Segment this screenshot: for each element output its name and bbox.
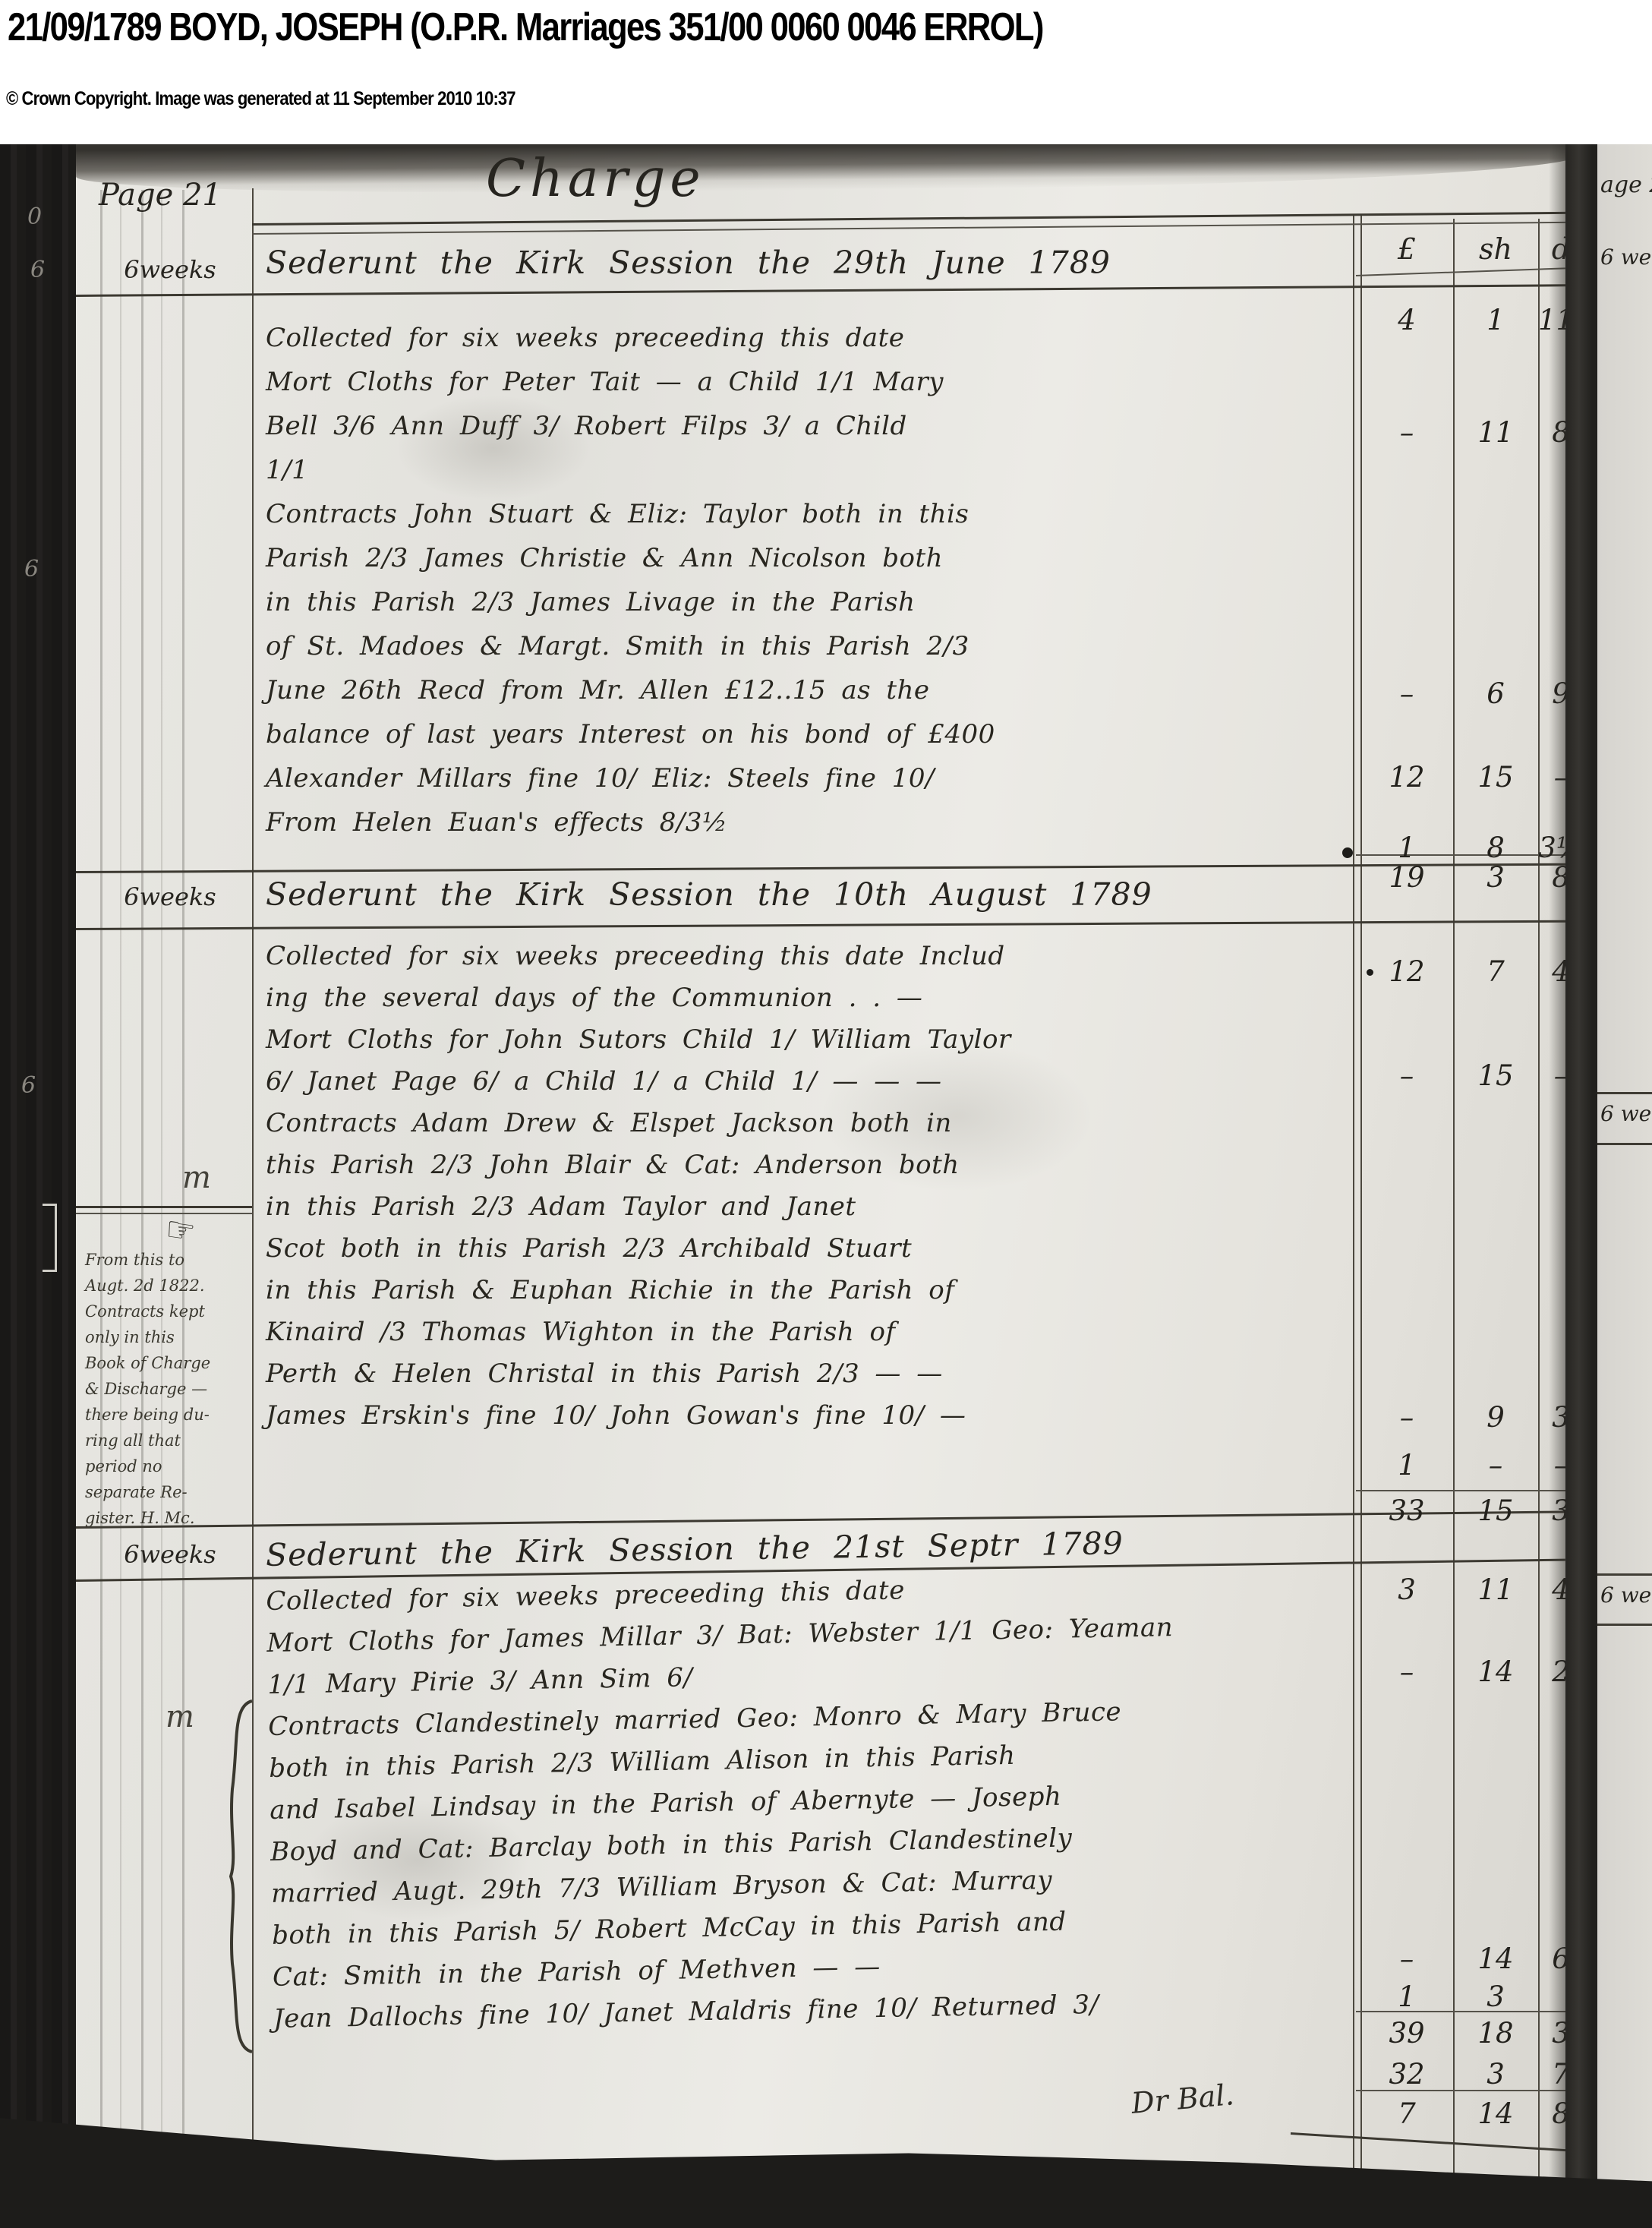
weeks-label: 6weeks [90, 882, 251, 911]
next-page-weeks-label: 6 we [1600, 1101, 1651, 1126]
shillings-value: 1 [1453, 304, 1538, 336]
balance-label: Dr Bal. [1130, 2078, 1235, 2120]
entry-line: Mort Cloths for John Sutors Child 1/ Wil… [266, 1019, 1011, 1061]
amount-row: – 9 3 [1360, 1401, 1565, 1434]
entry-line: 1/1 [266, 448, 995, 492]
pounds-value: 1 [1360, 1980, 1453, 2013]
page-number-label: Page 21 [99, 178, 222, 213]
shillings-total: 3 [1453, 861, 1538, 894]
entry-line: Scot both in this Parish 2/3 Archibald S… [266, 1228, 1011, 1270]
next-page-weeks-label: 6 wee [1600, 245, 1652, 270]
weeks-label: 6weeks [90, 255, 251, 284]
entry-line: Mort Cloths for Peter Tait — a Child 1/1… [266, 360, 995, 404]
money-total-rule [1356, 1490, 1565, 1491]
money-column-rule-outer [1353, 214, 1354, 2228]
margin-note-line: only in this [85, 1324, 248, 1350]
pounds-total: 32 [1360, 2058, 1453, 2091]
ruled-line [1597, 1573, 1652, 1576]
pounds-value: 3 [1360, 1573, 1453, 1606]
pounds-value: – [1360, 1942, 1453, 1975]
pounds-value: – [1360, 1401, 1453, 1434]
grand-total-row: 7 14 8 [1360, 2097, 1565, 2130]
margin-mark-m: m [166, 1699, 194, 1734]
pounds-value: 4 [1360, 304, 1453, 336]
next-page-number: age 2 [1600, 172, 1652, 198]
record-image: 0 6 6 6 Page 21 Charge £ sh d [0, 144, 1652, 2228]
entry-line: Collected for six weeks preceeding this … [266, 936, 1011, 977]
amount-row: – 14 2 [1360, 1655, 1565, 1688]
entry-line: Contracts John Stuart & Eliz: Taylor bot… [266, 492, 995, 536]
entry-line: in this Parish 2/3 James Livage in the P… [266, 580, 995, 624]
section-body: Collected for six weeks preceeding this … [266, 1565, 1180, 2040]
shillings-value: 14 [1453, 1942, 1538, 1975]
amount-row: – 15 – [1360, 1059, 1565, 1092]
entry-line: balance of last years Interest on his bo… [266, 712, 995, 756]
shillings-value: 3 [1453, 1980, 1538, 2013]
pounds-value: – [1360, 1655, 1453, 1688]
pounds-total: 19 [1360, 861, 1453, 894]
shillings-total: 15 [1453, 1494, 1538, 1527]
shillings-column-rule [1453, 219, 1455, 2228]
shillings-value: 11 [1453, 416, 1538, 449]
manicule-icon: ☞ [163, 1210, 198, 1252]
amount-row: 1 3 [1360, 1980, 1565, 2013]
amount-row: 12 7 4 [1360, 955, 1565, 988]
amount-row: 3 11 4 [1360, 1573, 1565, 1606]
shillings-value: 9 [1453, 1401, 1538, 1434]
margin-note-rule [76, 1213, 252, 1214]
pounds-value: 1 [1360, 1449, 1453, 1482]
ruled-line [76, 284, 1565, 297]
shillings-total: 18 [1453, 2017, 1538, 2050]
amount-row: – 6 9 [1360, 677, 1565, 710]
margin-note: From this to Augt. 2d 1822. Contracts ke… [85, 1247, 248, 1531]
amount-row: – 14 6 [1360, 1942, 1565, 1975]
shillings-value: 11 [1453, 1573, 1538, 1606]
next-page-weeks-label: 6 we [1600, 1583, 1651, 1608]
section-total-row: 33 15 3 [1360, 1494, 1565, 1527]
ruled-line [1356, 267, 1565, 276]
amount-row: 4 1 11½ [1360, 304, 1565, 336]
film-edge-mark: 6 [24, 556, 39, 582]
pounds-total: 33 [1360, 1494, 1453, 1527]
copyright-line: © Crown Copyright. Image was generated a… [6, 88, 515, 110]
book-spine-shadow [1549, 144, 1603, 2228]
margin-note-line: & Discharge — [85, 1376, 248, 1402]
shillings-value: 15 [1453, 761, 1538, 794]
entry-line: Collected for six weeks preceeding this … [266, 316, 995, 360]
entry-line: of St. Madoes & Margt. Smith in this Par… [266, 624, 995, 668]
entry-line: Contracts Adam Drew & Elspet Jackson bot… [266, 1103, 1011, 1144]
pence-column-rule [1538, 219, 1540, 2228]
entry-line: James Erskin's fine 10/ John Gowan's fin… [266, 1395, 1011, 1437]
amount-row: 1 – – [1360, 1449, 1565, 1482]
amount-row: 1 8 3½ [1360, 832, 1565, 864]
entry-line: Perth & Helen Christal in this Parish 2/… [266, 1353, 1011, 1395]
record-viewer-header: 21/09/1789 BOYD, JOSEPH (O.P.R. Marriage… [0, 0, 1652, 144]
weeks-label: 6weeks [90, 1540, 251, 1569]
ruled-line [1597, 1092, 1652, 1094]
ruled-line [1597, 1624, 1652, 1626]
film-splice-mark [43, 1204, 57, 1272]
pounds-total: 7 [1360, 2097, 1453, 2130]
money-column-rule-inner [1360, 214, 1362, 2228]
grand-total-row: 32 3 7 [1360, 2058, 1565, 2091]
next-page-sliver: age 2 6 wee 6 we 6 we [1597, 144, 1652, 2228]
binding-fold-creases [80, 190, 194, 2228]
film-edge-mark: 6 [21, 1072, 36, 1099]
margin-note-line: Augt. 2d 1822. [85, 1273, 248, 1299]
margin-note-line: period no [85, 1453, 248, 1479]
shillings-value: – [1453, 1449, 1538, 1482]
margin-mark-m: m [182, 1160, 211, 1195]
sederunt-heading: Sederunt the Kirk Session the 10th Augus… [266, 876, 1152, 913]
pounds-value: – [1360, 677, 1453, 710]
shillings-value: 6 [1453, 677, 1538, 710]
ruled-line [76, 863, 1565, 873]
shillings-value: 8 [1453, 832, 1538, 864]
entry-line: in this Parish & Euphan Richie in the Pa… [266, 1270, 1011, 1311]
margin-note-rule [76, 1206, 252, 1208]
grand-total-row: 39 18 3 [1360, 2017, 1565, 2050]
pounds-value: 12 [1360, 761, 1453, 794]
record-title: 21/09/1789 BOYD, JOSEPH (O.P.R. Marriage… [8, 5, 1043, 50]
margin-note-line: there being du- [85, 1402, 248, 1428]
margin-note-line: separate Re- [85, 1479, 248, 1505]
pounds-value: – [1360, 1059, 1453, 1092]
entry-line: 6/ Janet Page 6/ a Child 1/ a Child 1/ —… [266, 1061, 1011, 1103]
amount-row: 12 15 – [1360, 761, 1565, 794]
closing-rule [1291, 2132, 1565, 2154]
entry-line: Alexander Millars fine 10/ Eliz: Steels … [266, 756, 995, 800]
shillings-value: 14 [1453, 1655, 1538, 1688]
shillings-total: 14 [1453, 2097, 1538, 2130]
page-top-edge [76, 144, 1565, 197]
pounds-value: 1 [1360, 832, 1453, 864]
section-body: Collected for six weeks preceeding this … [266, 936, 1011, 1437]
margin-note-line: Contracts kept [85, 1299, 248, 1324]
margin-note-line: ring all that [85, 1428, 248, 1453]
entry-line: this Parish 2/3 John Blair & Cat: Anders… [266, 1144, 1011, 1186]
entry-line: Kinaird /3 Thomas Wighton in the Parish … [266, 1311, 1011, 1353]
sederunt-heading: Sederunt the Kirk Session the 29th June … [266, 245, 1111, 281]
pounds-total: 39 [1360, 2017, 1453, 2050]
amount-row: – 11 8 [1360, 416, 1565, 449]
ledger-page: Page 21 Charge £ sh d 6weeks Sederunt th… [76, 144, 1565, 2228]
shillings-value: 7 [1453, 955, 1538, 988]
margin-note-line: Book of Charge [85, 1350, 248, 1376]
shillings-value: 15 [1453, 1059, 1538, 1092]
section-body: Collected for six weeks preceeding this … [266, 316, 995, 844]
film-edge-mark: 0 [27, 204, 42, 230]
section-total-row: 19 3 8 [1360, 861, 1565, 894]
entry-line: ing the several days of the Communion . … [266, 977, 1011, 1019]
money-column-headers: £ sh d [1360, 232, 1565, 266]
entry-line: Bell 3/6 Ann Duff 3/ Robert Filps 3/ a C… [266, 404, 995, 448]
film-border-left: 0 6 6 6 [0, 144, 76, 2228]
shillings-header: sh [1453, 232, 1538, 266]
pounds-value: – [1360, 416, 1453, 449]
ruled-line [76, 1510, 1565, 1529]
pounds-value: 12 [1360, 955, 1453, 988]
entry-line: From Helen Euan's effects 8/3½ [266, 800, 995, 844]
entry-line: in this Parish 2/3 Adam Taylor and Janet [266, 1186, 1011, 1228]
entry-line: Parish 2/3 James Christie & Ann Nicolson… [266, 536, 995, 580]
column-title: Charge [486, 149, 705, 209]
margin-note-line: From this to [85, 1247, 248, 1273]
shillings-total: 3 [1453, 2058, 1538, 2091]
ruled-line [76, 920, 1565, 930]
contracts-bracket [222, 1698, 255, 2055]
pounds-header: £ [1360, 232, 1453, 266]
ink-blot [1342, 847, 1353, 858]
ruled-line [1597, 1143, 1652, 1145]
film-edge-mark: 6 [30, 257, 45, 283]
entry-line: June 26th Recd from Mr. Allen £12..15 as… [266, 668, 995, 712]
margin-note-line: gister. H. Mc. [85, 1505, 248, 1531]
